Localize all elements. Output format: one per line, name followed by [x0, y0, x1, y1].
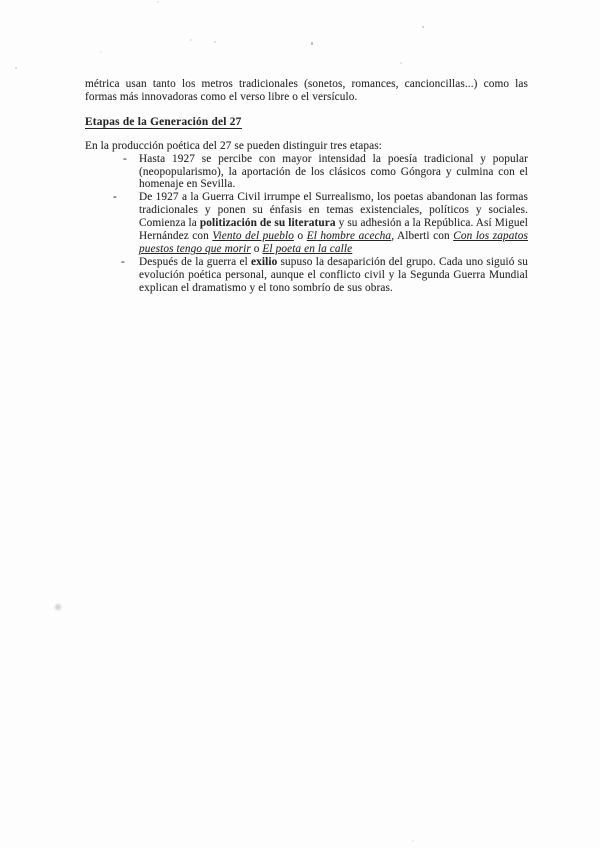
- scan-speck: [422, 26, 424, 28]
- text-segment: o: [294, 230, 307, 242]
- work-title: El poeta en la calle: [262, 243, 352, 255]
- section-heading: Etapas de la Generación del 27: [85, 116, 528, 129]
- stages-list: - Hasta 1927 se percibe con mayor intens…: [85, 153, 528, 295]
- emphasis-text: exilio: [251, 256, 277, 268]
- scan-speck: [412, 840, 414, 842]
- bullet-dash: -: [123, 153, 127, 166]
- stage-item-1: - Hasta 1927 se percibe con mayor intens…: [85, 153, 528, 192]
- stages-intro: En la producción poética del 27 se puede…: [85, 140, 528, 153]
- scan-speck: [400, 62, 402, 64]
- document-content: métrica usan tanto los metros tradiciona…: [85, 78, 528, 295]
- emphasis-text: politización de su literatura: [200, 217, 336, 229]
- scan-speck: [190, 39, 192, 41]
- stage-text-3: Después de la guerra el exilio supuso la…: [139, 256, 528, 294]
- text-segment: Después de la guerra el: [139, 256, 251, 268]
- section-heading-text: Etapas de la Generación del 27: [85, 116, 242, 130]
- stage-text-1: Hasta 1927 se percibe con mayor intensid…: [139, 153, 528, 191]
- scan-speck: [214, 41, 216, 43]
- stage-item-3: - Después de la guerra el exilio supuso …: [85, 256, 528, 295]
- stage-text-2: De 1927 a la Guerra Civil irrumpe el Sur…: [139, 191, 528, 255]
- work-title: Viento del pueblo: [212, 230, 294, 242]
- scan-smudge: [55, 604, 61, 610]
- text-segment: , Alberti con: [391, 230, 453, 242]
- text-segment: Hasta 1927 se percibe con mayor intensid…: [139, 153, 528, 191]
- scanned-document-page: métrica usan tanto los metros tradiciona…: [0, 0, 600, 848]
- scan-speck: [311, 42, 313, 45]
- bullet-dash: -: [121, 256, 125, 269]
- scan-speck: [15, 67, 17, 69]
- stage-item-2: - De 1927 a la Guerra Civil irrumpe el S…: [85, 191, 528, 256]
- text-segment: o: [251, 243, 263, 255]
- intro-paragraph: métrica usan tanto los metros tradiciona…: [85, 78, 528, 104]
- work-title: El hombre acecha: [307, 230, 391, 242]
- scan-speck: [157, 1, 159, 3]
- scan-speck: [100, 51, 102, 53]
- bullet-dash: -: [113, 191, 117, 204]
